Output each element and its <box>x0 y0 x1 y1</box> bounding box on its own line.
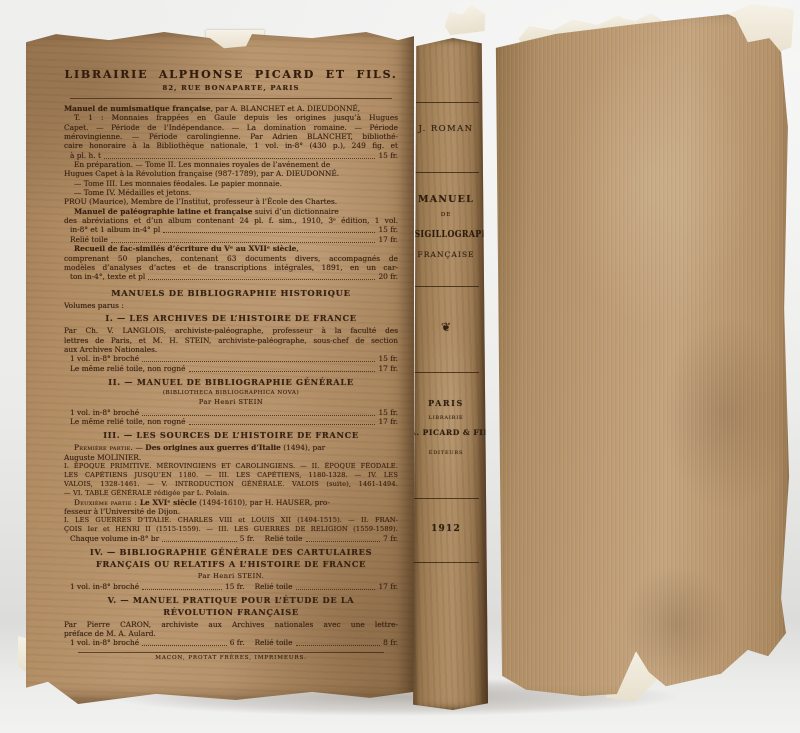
page-edge-curl <box>442 3 488 37</box>
catalog-line: comprenant 50 planches, contenant 63 doc… <box>64 254 398 263</box>
dot-leader <box>162 541 237 542</box>
printer-imprint: MACON, PROTAT FRÈRES, IMPRIMEURS. <box>64 655 398 661</box>
divider-rule <box>70 98 392 99</box>
catalog-line: ÇOIS Ier et HENRI II (1515-1559). — III.… <box>64 525 398 534</box>
catalog-line: Manuel de numismatique française, par A.… <box>64 104 398 113</box>
spine-place: PARIS <box>410 398 482 408</box>
spine-title: FRANÇAISE <box>410 250 482 259</box>
price-line: Le même relié toile, non rogné17 fr. <box>70 364 398 373</box>
section-subheading: (BIBLIOTHECA BIBLIOGRAPHICA NOVA) <box>64 390 398 397</box>
catalog-line: modèles d’analyses d’actes et de transcr… <box>64 263 398 272</box>
spine: J. ROMAN MANUEL DE SIGILLOGRAPHIE FRANÇA… <box>410 38 488 710</box>
catalog-line: fesseur à l’Université de Dijon. <box>64 507 398 516</box>
price-line: Chaque volume in-8° br5 fr.Relié toile7 … <box>70 534 398 543</box>
catalog-line: Hugues Capet à la Révolution française (… <box>64 169 398 178</box>
spine-imprint-small: LIBRAIRIE <box>410 415 482 421</box>
price-line: 1 vol. in-8° broché15 fr.Relié toile17 f… <box>70 582 398 591</box>
dot-leader <box>296 589 376 590</box>
catalog-line: — Tome IV. Médailles et jetons. <box>64 188 398 197</box>
catalog-line: — Tome III. Les monnaies féodales. Le pa… <box>64 179 398 188</box>
book-photo: LIBRAIRIE ALPHONSE PICARD ET FILS. 82, R… <box>0 0 800 733</box>
section-heading: MANUELS DE BIBLIOGRAPHIE HISTORIQUE <box>64 289 398 299</box>
price-item: in-8° et 1 album in-4° pl <box>70 225 160 234</box>
book-title: Des origines aux guerres d’Italie <box>145 443 281 452</box>
spine-year: 1912 <box>410 524 482 534</box>
part-label: Deuxième partie : <box>74 498 140 507</box>
catalog-line: T. 1 : Monnaies frappées en Gaule depuis… <box>64 113 398 122</box>
publisher-catalog: LIBRAIRIE ALPHONSE PICARD ET FILS. 82, R… <box>64 68 398 661</box>
spine-imprint-small: ÉDITEURS <box>410 450 482 456</box>
price-line: 1 vol. in-8° broché15 fr. <box>70 408 398 417</box>
price-value: 15 fr. <box>378 225 398 234</box>
dot-leader <box>104 158 375 159</box>
front-cover <box>486 8 794 708</box>
author-line: Par Henri STEIN. <box>64 572 398 581</box>
price-item: à pl. h. t <box>70 151 101 160</box>
catalog-line: VALOIS, 1328-1461. — V. INTRODUCTION GÉN… <box>64 480 398 489</box>
price-value: 17 fr. <box>378 582 398 591</box>
spine-title: DE <box>410 212 482 218</box>
part-label: Première partie. <box>74 443 133 452</box>
price-item: Relié toile <box>70 235 108 244</box>
price-line: à pl. h. t15 fr. <box>70 151 398 160</box>
spine-publisher: A. PICARD & FILS <box>410 428 482 437</box>
dot-leader <box>148 279 375 280</box>
catalog-line: caire honoraire à la Bibliothèque nation… <box>64 141 398 150</box>
section-heading: FRANÇAIS OU RELATIFS A L’HISTOIRE DE FRA… <box>64 560 398 570</box>
catalog-line: Volumes parus : <box>64 301 398 310</box>
catalog-line: mérovingienne. — Période carolingienne. … <box>64 132 398 141</box>
section-heading: I. — LES ARCHIVES DE L’HISTOIRE DE FRANC… <box>64 314 398 324</box>
catalog-text: , <box>296 244 298 253</box>
price-line: in-8° et 1 album in-4° pl15 fr. <box>70 225 398 234</box>
catalog-text: (1494-1610), par H. HAUSER, pro- <box>197 498 330 507</box>
price-line: 1 vol. in-8° broché6 fr.Relié toile8 fr. <box>70 638 398 647</box>
spine-title: SIGILLOGRAPHIE <box>414 230 477 240</box>
price-item: ton in-4°, texte et pl <box>70 272 145 281</box>
price-value: 17 fr. <box>378 235 398 244</box>
spine-title: MANUEL <box>410 194 482 205</box>
book-title: Manuel de paléographie latine et françai… <box>74 207 252 216</box>
price-item: 1 vol. in-8° broché <box>70 354 139 363</box>
price-item: Relié toile <box>255 638 293 647</box>
section-heading: RÉVOLUTION FRANÇAISE <box>64 608 398 618</box>
price-value: 7 fr. <box>383 534 398 543</box>
book-title: Manuel de numismatique française <box>64 104 211 113</box>
price-value: 15 fr. <box>378 151 398 160</box>
book-title: Le XVIᵉ siècle <box>140 498 197 507</box>
catalog-text: , par A. BLANCHET et A. DIEUDONNÉ, <box>211 104 361 113</box>
catalog-line: I. ÉPOQUE PRIMITIVE. MÉROVINGIENS ET CAR… <box>64 462 398 471</box>
catalog-line: Auguste MOLINIER. <box>64 453 398 462</box>
catalog-line: Par Ch. V. LANGLOIS, archiviste-paléogra… <box>64 326 398 335</box>
section-heading: III. — LES SOURCES DE L’HISTOIRE DE FRAN… <box>64 431 398 441</box>
spine-rule <box>413 102 479 103</box>
printer-ornament-icon: ❦ <box>410 320 482 334</box>
price-value: 6 fr. <box>230 638 245 647</box>
price-item: Relié toile <box>255 582 293 591</box>
dot-leader <box>306 541 381 542</box>
catalog-line: aux Archives Nationales. <box>64 345 398 354</box>
price-line: Le même relié toile, non rogné17 fr. <box>70 417 398 426</box>
section-heading: II. — MANUEL DE BIBLIOGRAPHIE GÉNÉRALE <box>64 378 398 388</box>
catalog-line: Recueil de fac-similés d’écriture du Vᵉ … <box>64 244 398 253</box>
publisher-address: 82, RUE BONAPARTE, PARIS <box>64 84 398 92</box>
price-value: 5 fr. <box>240 534 255 543</box>
catalog-line: lettres de Paris, et M. H. STEIN, archiv… <box>64 336 398 345</box>
catalog-line: Deuxième partie : Le XVIᵉ siècle (1494-1… <box>64 498 398 507</box>
spine-rule <box>413 172 479 173</box>
catalog-line: Capet. — Période de l’Indépendance. — La… <box>64 123 398 132</box>
dot-leader <box>111 242 376 243</box>
catalog-text: suivi d’un dictionnaire <box>252 207 338 216</box>
price-value: 15 fr. <box>225 582 245 591</box>
spine-rule <box>413 498 479 499</box>
price-item: Relié toile <box>265 534 303 543</box>
spine-rule <box>413 286 479 287</box>
section-heading: IV. — BIBLIOGRAPHIE GÉNÉRALE DES CARTULA… <box>64 548 398 558</box>
dot-leader <box>142 415 375 416</box>
dot-leader <box>142 645 227 646</box>
price-line: Relié toile17 fr. <box>70 235 398 244</box>
price-value: 15 fr. <box>378 408 398 417</box>
dot-leader <box>296 645 381 646</box>
book-title: Recueil de fac-similés d’écriture du Vᵉ … <box>74 244 296 253</box>
spine-author: J. ROMAN <box>410 124 482 134</box>
back-cover: LIBRAIRIE ALPHONSE PICARD ET FILS. 82, R… <box>14 28 414 704</box>
section-heading: V. — MANUEL PRATIQUE POUR L’ÉTUDE DE LA <box>64 596 398 606</box>
publisher-name: LIBRAIRIE ALPHONSE PICARD ET FILS. <box>64 68 398 81</box>
catalog-line: I. LES GUERRES D’ITALIE. CHARLES VIII et… <box>64 516 398 525</box>
dot-leader <box>189 371 376 372</box>
price-line: ton in-4°, texte et pl20 fr. <box>70 272 398 281</box>
catalog-line: PROU (Maurice), Membre de l’Institut, pr… <box>64 197 398 206</box>
catalog-line: — VI. TABLE GÉNÉRALE rédigée par L. Pola… <box>64 489 398 498</box>
catalog-text: (1494), par <box>281 443 325 452</box>
dot-leader <box>142 589 222 590</box>
price-item: Le même relié toile, non rogné <box>70 417 186 426</box>
price-item: Chaque volume in-8° br <box>70 534 159 543</box>
spine-rule <box>413 562 479 563</box>
spine-rule <box>413 372 479 373</box>
divider-rule <box>78 652 384 653</box>
catalog-line: Manuel de paléographie latine et françai… <box>64 207 398 216</box>
author-line: Par Henri STEIN <box>64 398 398 407</box>
price-item: 1 vol. in-8° broché <box>70 638 139 647</box>
catalog-line: des abréviations et d’un album contenant… <box>64 216 398 225</box>
price-value: 15 fr. <box>378 354 398 363</box>
dot-leader <box>189 424 376 425</box>
price-value: 17 fr. <box>378 364 398 373</box>
catalog-line: LES CAPÉTIENS JUSQU’EN 1180. — III. LES … <box>64 471 398 480</box>
price-item: Le même relié toile, non rogné <box>70 364 186 373</box>
price-value: 17 fr. <box>378 417 398 426</box>
catalog-text: — <box>133 443 145 452</box>
price-item: 1 vol. in-8° broché <box>70 408 139 417</box>
catalog-line: Par Pierre CARON, archiviste aux Archive… <box>64 620 398 629</box>
catalog-line: préface de M. A. Aulard. <box>64 629 398 638</box>
price-value: 8 fr. <box>383 638 398 647</box>
catalog-line: Première partie. — Des origines aux guer… <box>64 443 398 452</box>
price-value: 20 fr. <box>378 272 398 281</box>
dot-leader <box>142 361 375 362</box>
catalog-line: En préparation. — Tome II. Les monnaies … <box>64 160 398 169</box>
price-line: 1 vol. in-8° broché15 fr. <box>70 354 398 363</box>
price-item: 1 vol. in-8° broché <box>70 582 139 591</box>
dot-leader <box>163 232 375 233</box>
